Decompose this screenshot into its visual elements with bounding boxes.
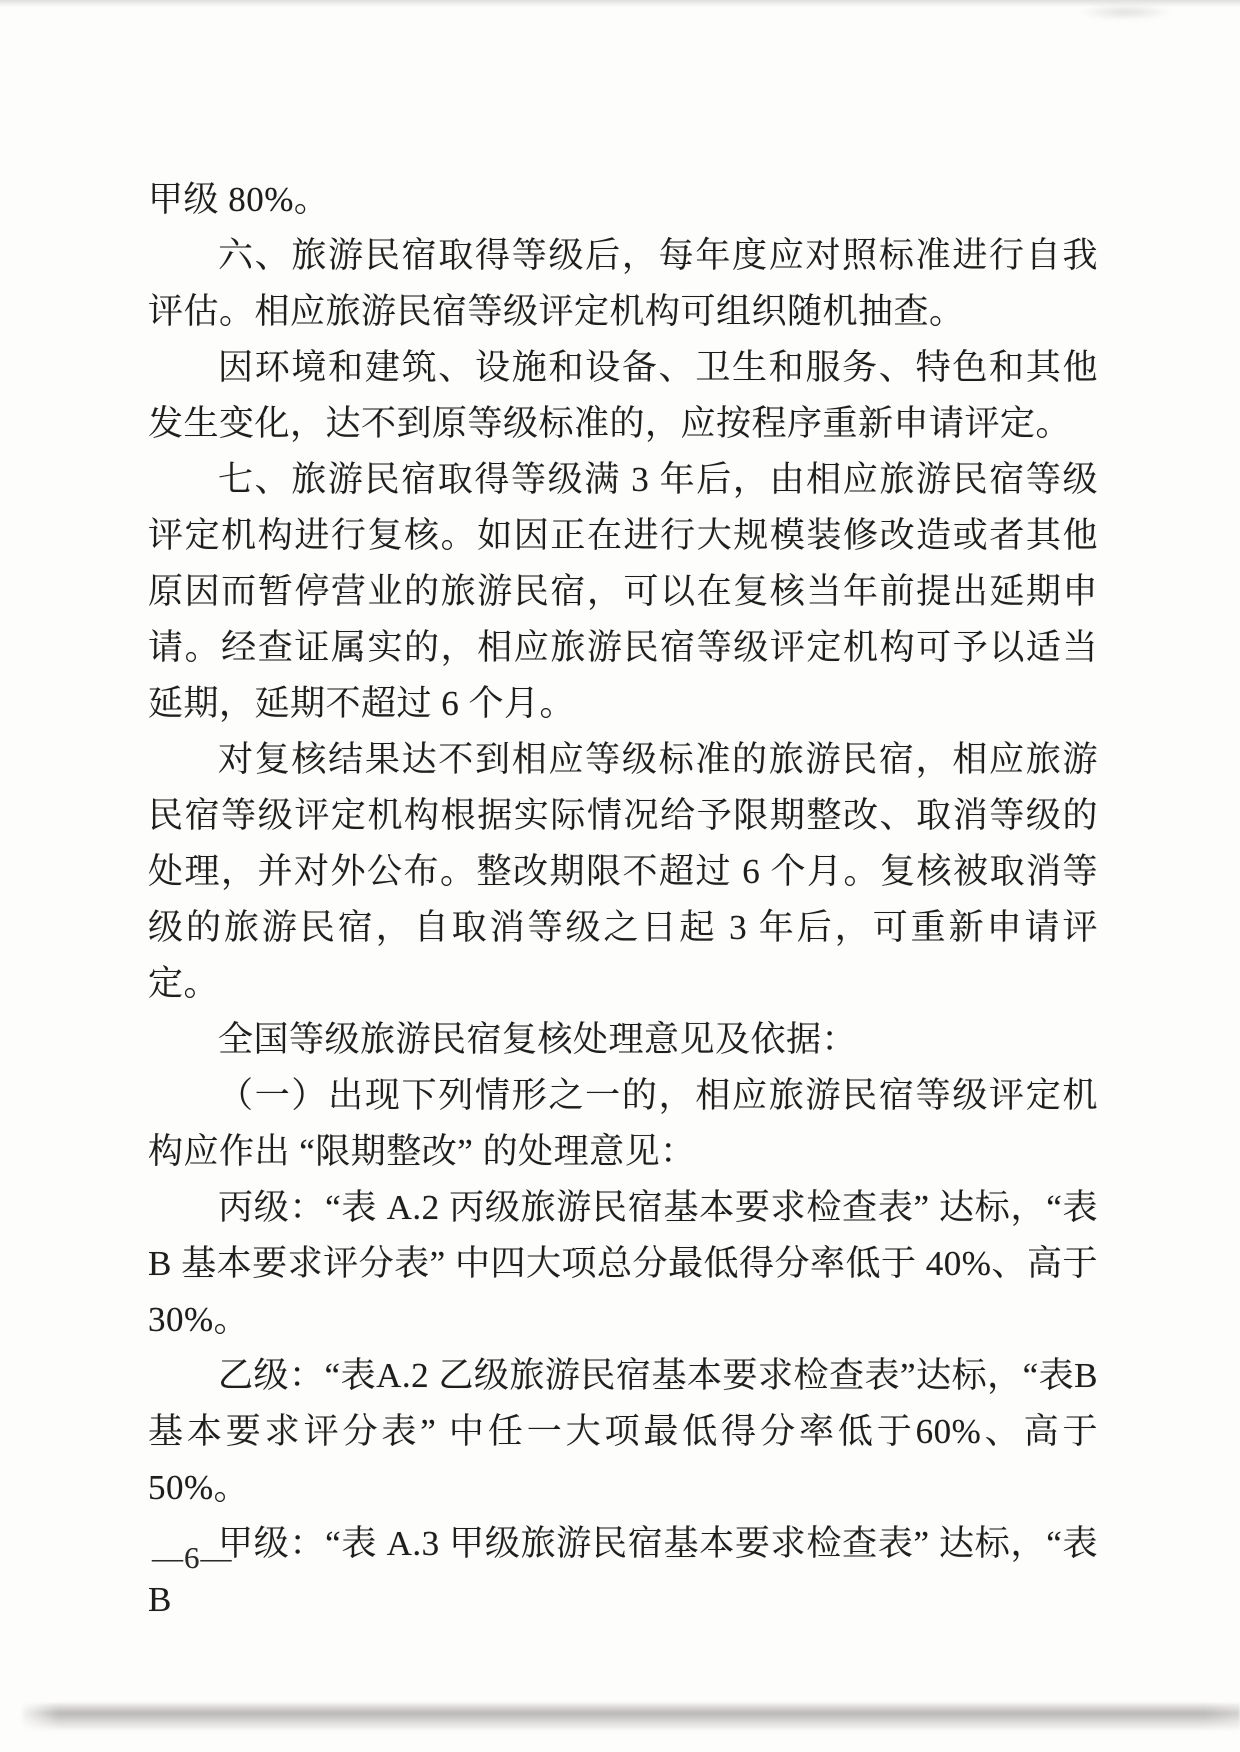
page-top-edge-shadow <box>0 0 1240 7</box>
paragraph: 甲级 80%。 <box>148 172 1098 228</box>
paragraph: 全国等级旅游民宿复核处理意见及依据： <box>148 1012 1098 1068</box>
scan-smudge <box>1078 4 1174 20</box>
scanned-document-page: 甲级 80%。六、旅游民宿取得等级后，每年度应对照标准进行自我评估。相应旅游民宿… <box>0 0 1240 1752</box>
paragraph: 六、旅游民宿取得等级后，每年度应对照标准进行自我评估。相应旅游民宿等级评定机构可… <box>148 228 1098 340</box>
page-bottom-edge-shadow <box>22 1703 1240 1730</box>
page-number: —6— <box>152 1540 233 1576</box>
paragraph: 甲级：“表 A.3 甲级旅游民宿基本要求检查表” 达标，“表 B <box>148 1516 1098 1628</box>
paragraph: 对复核结果达不到相应等级标准的旅游民宿，相应旅游民宿等级评定机构根据实际情况给予… <box>148 732 1098 1012</box>
paragraph: 七、旅游民宿取得等级满 3 年后，由相应旅游民宿等级评定机构进行复核。如因正在进… <box>148 452 1098 732</box>
paragraph: 丙级：“表 A.2 丙级旅游民宿基本要求检查表” 达标，“表 B 基本要求评分表… <box>148 1180 1098 1348</box>
paragraph: 因环境和建筑、设施和设备、卫生和服务、特色和其他发生变化，达不到原等级标准的，应… <box>148 340 1098 452</box>
document-body: 甲级 80%。六、旅游民宿取得等级后，每年度应对照标准进行自我评估。相应旅游民宿… <box>148 172 1098 1628</box>
paragraph: 乙级：“表A.2 乙级旅游民宿基本要求检查表”达标，“表B 基本要求评分表” 中… <box>148 1348 1098 1516</box>
paragraph: （一）出现下列情形之一的，相应旅游民宿等级评定机构应作出 “限期整改” 的处理意… <box>148 1068 1098 1180</box>
